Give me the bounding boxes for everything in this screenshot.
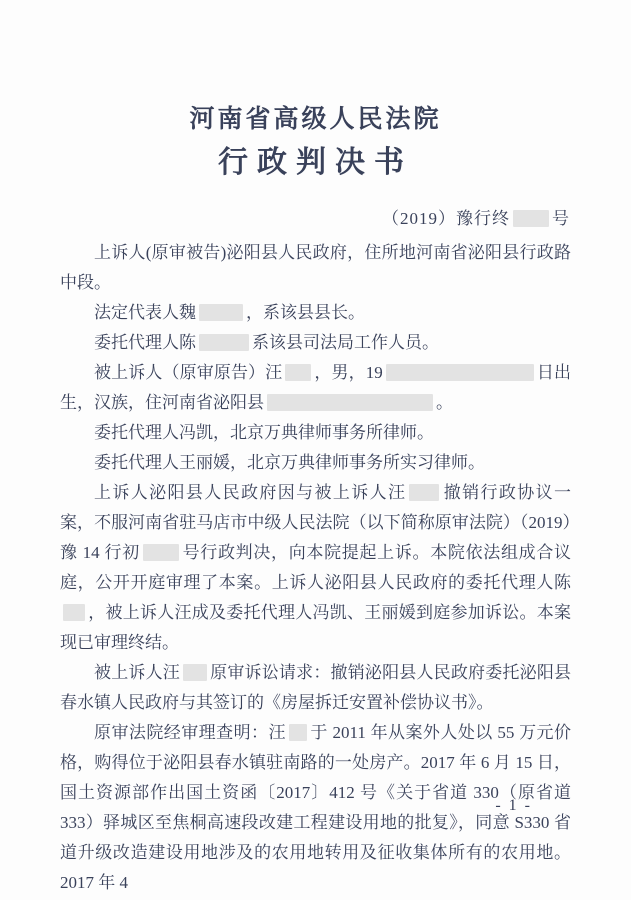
redaction-box [183,664,207,681]
para-case-procedure: 上诉人泌阳县人民政府因与被上诉人汪撤销行政协议一案，不服河南省驻马店市中级人民法… [60,478,571,658]
redaction-box [285,364,311,381]
document-title-heading: 行政判决书 [0,137,631,181]
redaction-box [267,394,433,411]
para-appellee-agent-1: 委托代理人冯凯，北京万典律师事务所律师。 [60,418,571,448]
redaction-box [409,484,439,501]
document-body: 上诉人(原审被告)泌阳县人民政府，住所地河南省泌阳县行政路中段。 法定代表人魏，… [60,238,571,898]
redaction-box [199,304,243,321]
para-appellant-agent: 委托代理人陈系该县司法局工作人员。 [60,328,571,358]
redaction-box [386,364,534,381]
para-original-claim: 被上诉人汪原审诉讼请求：撤销泌阳县人民政府委托泌阳县春水镇人民政府与其签订的《房… [60,658,571,718]
para-legal-representative: 法定代表人魏，系该县县长。 [60,298,571,328]
para-court-findings: 原审法院经审理查明：汪于 2011 年从案外人处以 55 万元价格，购得位于泌阳… [60,718,571,898]
judgment-document-page: 河南省高级人民法院 行政判决书 （2019）豫行终号 上诉人(原审被告)泌阳县人… [0,0,631,900]
para-appellee: 被上诉人（原审原告）汪，男，19日出生，汉族，住河南省泌阳县。 [60,358,571,418]
page-number: - 1 - [495,797,532,815]
para-appellee-agent-2: 委托代理人王丽媛，北京万典律师事务所实习律师。 [60,448,571,478]
redaction-box [513,210,549,227]
redaction-box [199,334,249,351]
court-name-heading: 河南省高级人民法院 [0,99,631,135]
redaction-box [289,724,307,741]
case-number: （2019）豫行终号 [382,204,570,229]
redaction-box [143,544,179,561]
para-appellant: 上诉人(原审被告)泌阳县人民政府，住所地河南省泌阳县行政路中段。 [60,238,571,298]
redaction-box [63,604,85,621]
